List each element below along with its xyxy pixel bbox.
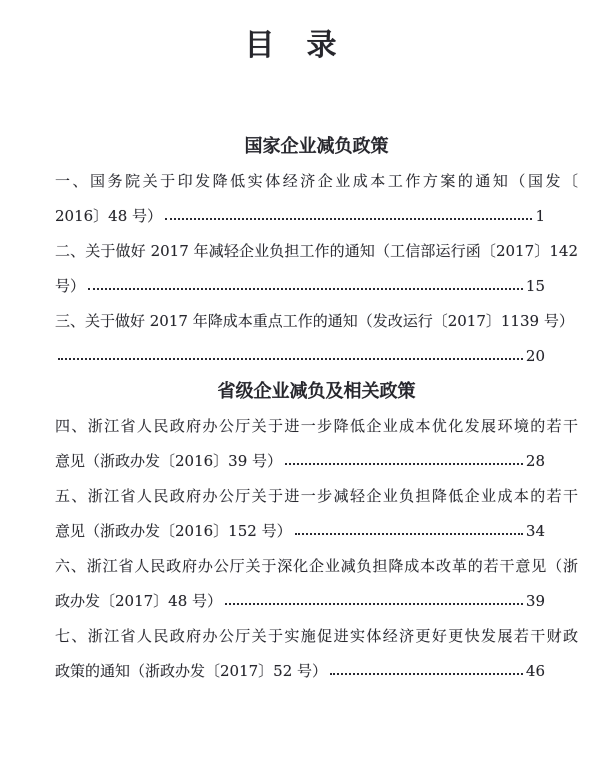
toc-entry-text-continued: 政办发〔2017〕48 号）: [55, 584, 222, 619]
toc-entry-text-line: 四、浙江省人民政府办公厅关于进一步降低企业成本优化发展环境的若干: [55, 409, 578, 444]
toc-page: 目 录 国家企业减负政策 一、国务院关于印发降低实体经济企业成本工作方案的通知（…: [0, 0, 606, 764]
dot-leader: [330, 654, 523, 689]
toc-entry-text-continued: 意见（浙政办发〔2016〕39 号）: [55, 444, 282, 479]
dot-leader: [225, 584, 523, 619]
dot-leader: [285, 444, 523, 479]
page-title: 目 录: [0, 0, 594, 66]
toc-entry-text-line: 三、关于做好 2017 年降成本重点工作的通知（发改运行〔2017〕1139 号…: [55, 304, 578, 339]
dot-leader: [88, 269, 523, 304]
page-number: 1: [535, 199, 545, 234]
toc-entry-text-line: 六、浙江省人民政府办公厅关于深化企业减负担降成本改革的若干意见（浙: [55, 549, 578, 584]
page-number: 46: [526, 654, 545, 689]
page-number: 39: [526, 584, 545, 619]
toc-content: 国家企业减负政策 一、国务院关于印发降低实体经济企业成本工作方案的通知（国发〔 …: [0, 129, 606, 689]
dot-leader: [165, 199, 532, 234]
section-header-provincial: 省级企业减负及相关政策: [55, 374, 578, 409]
section-header-national: 国家企业减负政策: [55, 129, 578, 164]
toc-entry: 四、浙江省人民政府办公厅关于进一步降低企业成本优化发展环境的若干 意见（浙政办发…: [55, 409, 578, 479]
toc-entry-text-continued: 2016〕48 号）: [55, 199, 162, 234]
toc-entry: 三、关于做好 2017 年降成本重点工作的通知（发改运行〔2017〕1139 号…: [55, 304, 578, 374]
toc-entry-pageref-line: 2016〕48 号） 1: [55, 199, 578, 234]
toc-entry-text-line: 二、关于做好 2017 年减轻企业负担工作的通知（工信部运行函〔2017〕142: [55, 234, 578, 269]
toc-entry-pageref-line: 意见（浙政办发〔2016〕39 号） 28: [55, 444, 578, 479]
dot-leader: [58, 339, 523, 374]
toc-entry-pageref-line: 意见（浙政办发〔2016〕152 号） 34: [55, 514, 578, 549]
toc-entry: 一、国务院关于印发降低实体经济企业成本工作方案的通知（国发〔 2016〕48 号…: [55, 164, 578, 234]
toc-entry: 六、浙江省人民政府办公厅关于深化企业减负担降成本改革的若干意见（浙 政办发〔20…: [55, 549, 578, 619]
toc-entry: 七、浙江省人民政府办公厅关于实施促进实体经济更好更快发展若干财政 政策的通知（浙…: [55, 619, 578, 689]
toc-entry-text-line: 七、浙江省人民政府办公厅关于实施促进实体经济更好更快发展若干财政: [55, 619, 578, 654]
toc-entry-text-line: 五、浙江省人民政府办公厅关于进一步减轻企业负担降低企业成本的若干: [55, 479, 578, 514]
toc-entry-text-line: 一、国务院关于印发降低实体经济企业成本工作方案的通知（国发〔: [55, 164, 578, 199]
toc-entry-text-continued: 号）: [55, 269, 85, 304]
toc-entry-pageref-line: 政办发〔2017〕48 号） 39: [55, 584, 578, 619]
toc-entry-pageref-line: 政策的通知（浙政办发〔2017〕52 号） 46: [55, 654, 578, 689]
toc-entry-pageref-line: 号） 15: [55, 269, 578, 304]
page-number: 15: [526, 269, 545, 304]
toc-entry: 二、关于做好 2017 年减轻企业负担工作的通知（工信部运行函〔2017〕142…: [55, 234, 578, 304]
toc-entry: 五、浙江省人民政府办公厅关于进一步减轻企业负担降低企业成本的若干 意见（浙政办发…: [55, 479, 578, 549]
toc-entry-text-continued: 意见（浙政办发〔2016〕152 号）: [55, 514, 292, 549]
toc-entry-pageref-line: 20: [55, 339, 578, 374]
page-number: 20: [526, 339, 545, 374]
dot-leader: [295, 514, 523, 549]
page-number: 28: [526, 444, 545, 479]
toc-entry-text-continued: 政策的通知（浙政办发〔2017〕52 号）: [55, 654, 327, 689]
page-number: 34: [526, 514, 545, 549]
